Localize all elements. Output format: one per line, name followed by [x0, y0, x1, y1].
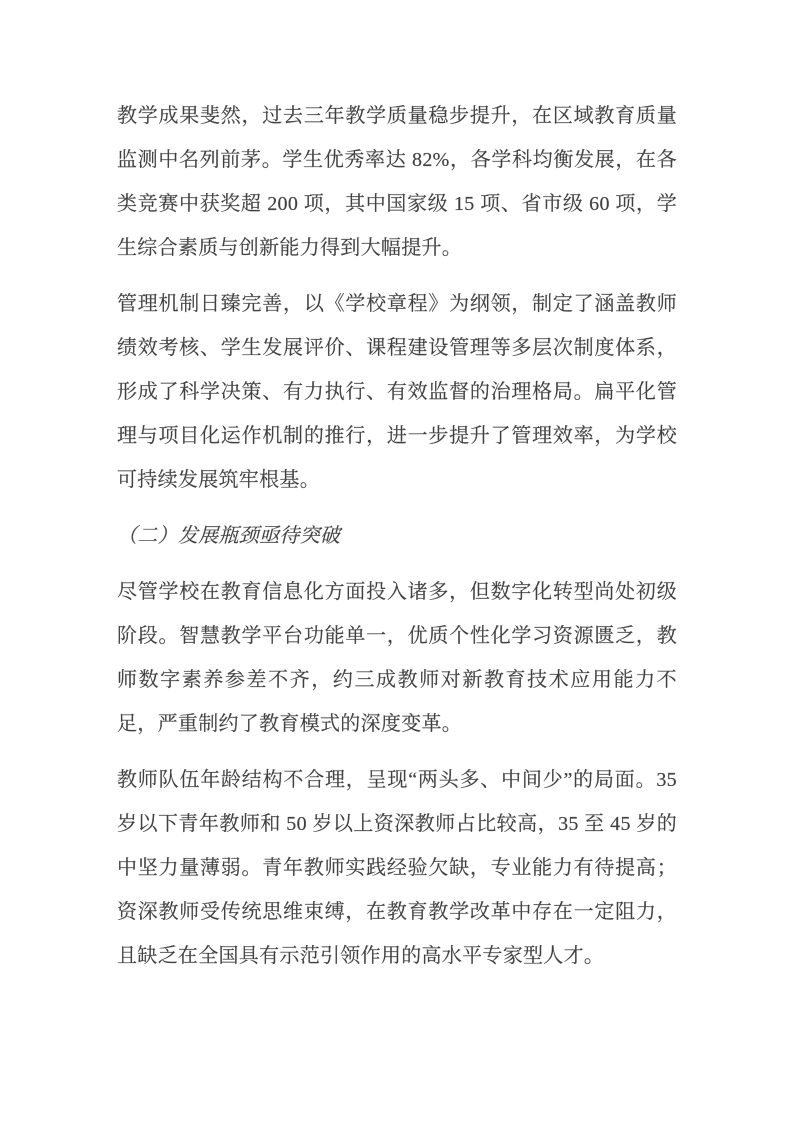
section-heading-development-bottleneck: （二）发展瓶颈亟待突破 — [117, 514, 677, 558]
document-page: 教学成果斐然，过去三年教学质量稳步提升，在区域教育质量监测中名列前茅。学生优秀率… — [0, 0, 793, 1122]
paragraph-teacher-age-structure: 教师队伍年龄结构不合理，呈现“两头多、中间少”的局面。35 岁以下青年教师和 5… — [117, 758, 677, 978]
paragraph-teaching-achievements: 教学成果斐然，过去三年教学质量稳步提升，在区域教育质量监测中名列前茅。学生优秀率… — [117, 94, 677, 270]
paragraph-management-mechanism: 管理机制日臻完善，以《学校章程》为纲领，制定了涵盖教师绩效考核、学生发展评价、课… — [117, 282, 677, 502]
document-text-block: 教学成果斐然，过去三年教学质量稳步提升，在区域教育质量监测中名列前茅。学生优秀率… — [117, 94, 677, 990]
paragraph-digital-transformation: 尽管学校在教育信息化方面投入诸多，但数字化转型尚处初级阶段。智慧教学平台功能单一… — [117, 570, 677, 746]
